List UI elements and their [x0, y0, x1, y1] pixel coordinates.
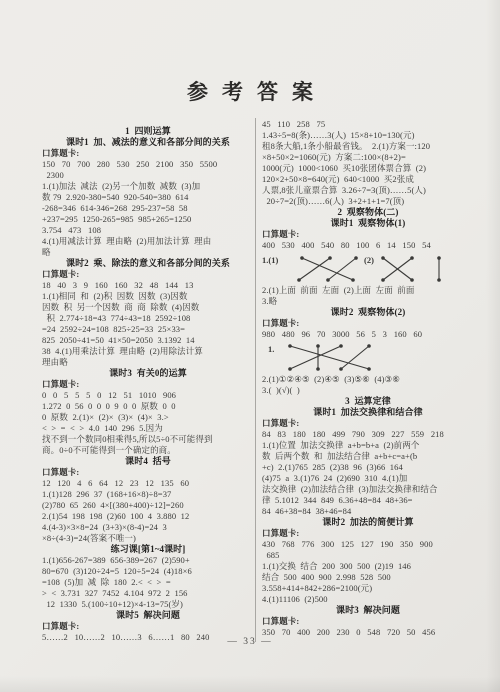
- answer-line: 150 70 700 280 530 250 2100 350 5500: [42, 159, 254, 170]
- answer-line: +237=295 1250-265=985 985+265=1250: [42, 214, 254, 225]
- scan-shadow-bottom: [0, 676, 500, 692]
- answer-line: 2300: [42, 170, 254, 181]
- oral-card-label: 口算题卡:: [42, 621, 254, 632]
- answer-line: ×8÷(4-3)=24(答案不唯一): [42, 533, 254, 544]
- answer-line: 找不到一个数同0相乘得5,所以5÷0不可能得到: [42, 434, 254, 445]
- answer-line: 积 2.774÷18=43 774÷43=18 2592÷108: [42, 313, 254, 324]
- lesson-header: 课时1 加、减法的意义和各部分间的关系: [42, 137, 254, 148]
- answer-line: (4)75 a 3.(1)76 24 (2)690 310 4.(1)加: [262, 473, 474, 484]
- answer-line: 理由略: [42, 357, 254, 368]
- answer-line: 租8条大船,1条小船最省钱。 2.(1)方案一:120: [262, 141, 474, 152]
- answer-line: 80=670 (3)120÷24=5 120÷5=24 (4)18×6: [42, 566, 254, 577]
- answer-line: 数 79 2.920-380=540 920-540=380 614: [42, 192, 254, 203]
- answer-line: 商。0÷0不可能得到一个确定的商。: [42, 445, 254, 456]
- answer-line: 38 4.(1)用乘法计算 理由略 (2)用除法计算: [42, 346, 254, 357]
- svg-text:1.: 1.: [268, 344, 274, 354]
- answer-line: 人票,8张儿童票合算 3.26÷7=3(顶)……5(人): [262, 185, 474, 196]
- matching-diagram: 1.: [262, 340, 474, 374]
- oral-card-label: 口算题卡:: [42, 148, 254, 159]
- answer-line: 1.43÷5=8(条)……3(人) 15×8+10=130(元): [262, 130, 474, 141]
- answer-line: 2.(1)54 198 198 (2)60 100 4 3.880 12: [42, 511, 254, 522]
- answer-line: < > = < > 4.0 140 296 5.因为: [42, 423, 254, 434]
- answer-line: 980 480 96 70 3000 56 5 3 160 60: [262, 329, 474, 340]
- answer-line: ×8+50×2=1060(元) 方案二:100×(8+2)=: [262, 152, 474, 163]
- answer-line: 律 5.1012 344 849 6.36+48=84 48+36=: [262, 495, 474, 506]
- answer-line: 略: [42, 247, 254, 258]
- answer-line: -268=346 614-346=268 295-237=58 58: [42, 203, 254, 214]
- oral-card-label: 口算题卡:: [262, 418, 474, 429]
- answer-line: =24 2592÷24=108 825÷25=33 25×33=: [42, 324, 254, 335]
- lesson-header: 课时3 解决问题: [262, 605, 474, 616]
- answer-line: 1.(1)相同 和 (2)积 因数 因数 (3)因数: [42, 291, 254, 302]
- matching-diagram: 1.(1)(2): [262, 251, 474, 285]
- column-right: 45 110 258 751.43÷5=8(条)……3(人) 15×8+10=1…: [262, 119, 474, 638]
- answer-line: 1.(1)128 296 37 (168+16×8)÷8=37: [42, 489, 254, 500]
- answer-line: 3.558+414+842+286=2100(元): [262, 583, 474, 594]
- answer-line: 3.( )(√)( ): [262, 385, 474, 396]
- section-header: 练习课[第1~4课时]: [42, 544, 254, 555]
- answer-line: 0 0 5 5 5 0 12 51 1010 906: [42, 390, 254, 401]
- oral-card-label: 口算题卡:: [42, 269, 254, 280]
- scan-shadow-right: [486, 0, 500, 692]
- answer-line: 18 40 3 9 160 160 32 48 144 13: [42, 280, 254, 291]
- answer-line: 结合 500 400 900 2.998 528 500: [262, 572, 474, 583]
- answer-line: 1.(1)交换 结合 200 300 500 (2)19 146: [262, 561, 474, 572]
- lesson-header: 课时2 加法的简便计算: [262, 517, 474, 528]
- lesson-header: 课时2 观察物体(2): [262, 307, 474, 318]
- lesson-header: 课时5 解决问题: [42, 610, 254, 621]
- answer-line: 685: [262, 550, 474, 561]
- column-left: 1 四则运算课时1 加、减法的意义和各部分间的关系口算题卡:150 70 700…: [42, 126, 254, 643]
- answer-line: 4.(1)用减法计算 理由略 (2)用加法计算 理由: [42, 236, 254, 247]
- answer-line: 4.(4-3)×3×8=24 (3+3)×(8-4)=24 3: [42, 522, 254, 533]
- oral-card-label: 口算题卡:: [262, 528, 474, 539]
- answer-line: 1.(1)656-267=389 656-389=267 (2)590+: [42, 555, 254, 566]
- answer-line: 45 110 258 75: [262, 119, 474, 130]
- answer-line: 3.754 473 108: [42, 225, 254, 236]
- answer-line: 120×2+50×8=640(元) 640<1000 买2张成: [262, 174, 474, 185]
- answer-line: > < 3.731 327 7452 4.104 972 2 156: [42, 588, 254, 599]
- answer-line: 84 83 180 180 499 790 309 227 559 218: [262, 429, 474, 440]
- lesson-header: 课时1 加法交换律和结合律: [262, 407, 474, 418]
- section-header: 2 观察物体(二): [262, 207, 474, 218]
- section-header: 3 运算定律: [262, 396, 474, 407]
- svg-text:1.(1): 1.(1): [262, 255, 278, 265]
- answer-line: 84 46+38=84 38+46=84: [262, 506, 474, 517]
- answer-line: 2.(1)上面 前面 左面 (2)上面 左面 前面: [262, 285, 474, 296]
- answer-line: 0 原数 2.(1)× (2)× (3)× (4)× 3.>: [42, 412, 254, 423]
- column-divider: [255, 118, 256, 642]
- answer-line: 20÷7=2(顶)……6(人) 3+2+1+1=7(顶): [262, 196, 474, 207]
- answer-line: 2.(1)①②④⑤ (2)④⑤ (3)⑤⑥ (4)③⑥: [262, 374, 474, 385]
- answer-line: 12 120 4 6 64 12 23 12 135 60: [42, 478, 254, 489]
- oral-card-label: 口算题卡:: [42, 467, 254, 478]
- answer-line: (2)780 65 260 4×[(380+400)÷12]=260: [42, 500, 254, 511]
- answer-line: 1.(1)加法 减法 (2)另一个加数 减数 (3)加: [42, 181, 254, 192]
- answer-line: 12 1330 5.(100÷10+12)×4-13=75(岁): [42, 599, 254, 610]
- answer-line: 1000(元) 1000<1060 买10张团体票合算 (2): [262, 163, 474, 174]
- svg-text:(2): (2): [364, 255, 374, 265]
- answer-line: 1.272 0 56 0 0 0 9 0 0 原数 0 0: [42, 401, 254, 412]
- answer-line: 400 530 400 540 80 100 6 14 150 54: [262, 240, 474, 251]
- page: 参考答案 1 四则运算课时1 加、减法的意义和各部分间的关系口算题卡:150 7…: [0, 0, 500, 692]
- section-header: 1 四则运算: [42, 126, 254, 137]
- oral-card-label: 口算题卡:: [262, 318, 474, 329]
- answer-line: 430 768 776 300 125 127 190 350 900: [262, 539, 474, 550]
- oral-card-label: 口算题卡:: [262, 616, 474, 627]
- answer-line: =108 (5)加 减 除 180 2.< < > =: [42, 577, 254, 588]
- answer-line: 4.(1)11106 (2)500: [262, 594, 474, 605]
- lesson-header: 课时3 有关0的运算: [42, 368, 254, 379]
- answer-line: 因数 积 另一个因数 商 商 除数 (4)因数: [42, 302, 254, 313]
- answer-line: 1.(1)位置 加法交换律 a+b=b+a (2)前两个: [262, 440, 474, 451]
- lesson-header: 课时2 乘、除法的意义和各部分间的关系: [42, 258, 254, 269]
- answer-line: 数 后两个数 和 加法结合律 a+b+c=a+(b: [262, 451, 474, 462]
- answer-line: +c) 2.(1)765 285 (2)38 96 (3)66 164: [262, 462, 474, 473]
- lesson-header: 课时1 观察物体(1): [262, 218, 474, 229]
- oral-card-label: 口算题卡:: [262, 229, 474, 240]
- page-number: — 33 —: [0, 637, 500, 647]
- answer-line: 法交换律 (2)加法结合律 (3)加法交换律和结合: [262, 484, 474, 495]
- answer-line: 3.略: [262, 296, 474, 307]
- page-title: 参考答案: [0, 76, 500, 106]
- answer-line: 825 2050÷41=50 41×50=2050 3.1392 14: [42, 335, 254, 346]
- lesson-header: 课时4 括号: [42, 456, 254, 467]
- oral-card-label: 口算题卡:: [42, 379, 254, 390]
